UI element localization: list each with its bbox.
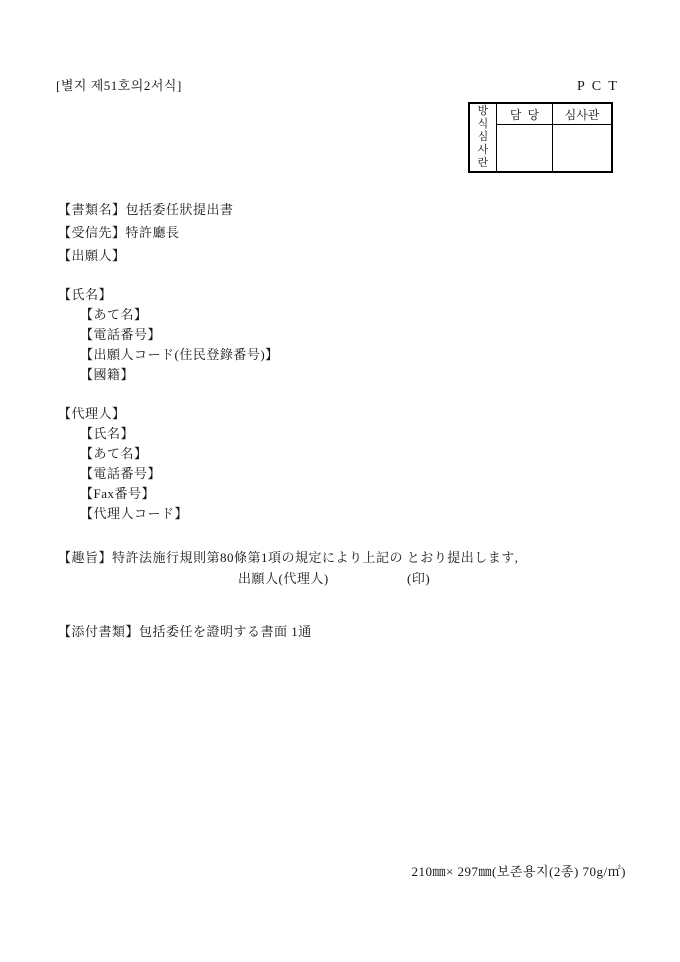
empty-cell-person-in-charge xyxy=(497,125,553,171)
vertical-label-char: 란 xyxy=(478,157,489,170)
field-agent-code: 【代理人コード】 xyxy=(80,505,188,522)
field-agent-fax: 【Fax番号】 xyxy=(80,485,155,502)
form-page: [별지 제51호의2서식] P C T 방 식 심 사 란 담 당 심사관 【書… xyxy=(0,0,680,962)
review-header-row: 담 당 심사관 xyxy=(497,104,611,125)
formality-review-vertical-label: 방 식 심 사 란 xyxy=(470,104,497,171)
form-number: [별지 제51호의2서식] xyxy=(56,77,182,94)
purpose-statement: 【趣旨】特許法施行規則第80條第1項の規定により上記の とおり提出します, xyxy=(58,549,519,566)
seal-placeholder: (印) xyxy=(407,570,430,587)
field-recipient: 【受信先】特許廳長 xyxy=(58,224,180,241)
header-cell-person-in-charge: 담 당 xyxy=(497,104,553,124)
field-nationality: 【國籍】 xyxy=(80,366,134,383)
pct-label: P C T xyxy=(577,78,619,95)
paper-spec: 210㎜× 297㎜(보존용지(2종) 70g/㎡) xyxy=(411,863,626,880)
formality-review-grid: 담 당 심사관 xyxy=(497,104,611,171)
field-address: 【あて名】 xyxy=(80,306,148,323)
vertical-label-char: 방 xyxy=(478,105,489,118)
field-name: 【氏名】 xyxy=(58,286,112,303)
field-agent: 【代理人】 xyxy=(58,405,126,422)
review-body-row xyxy=(497,125,611,171)
field-phone: 【電話番号】 xyxy=(80,326,161,343)
field-applicant: 【出願人】 xyxy=(58,247,126,264)
vertical-label-char: 식 xyxy=(478,118,489,131)
formality-review-table: 방 식 심 사 란 담 당 심사관 xyxy=(468,102,613,173)
vertical-label-char: 사 xyxy=(478,144,489,157)
field-agent-name: 【氏名】 xyxy=(80,425,134,442)
field-applicant-code: 【出願人コード(住民登錄番号)】 xyxy=(80,346,279,363)
signature-line: 出願人(代理人) xyxy=(238,570,329,587)
header-cell-examiner: 심사관 xyxy=(553,104,611,124)
field-document-name: 【書類名】包括委任狀提出書 xyxy=(58,201,234,218)
vertical-label-char: 심 xyxy=(478,131,489,144)
attachment-line: 【添付書類】包括委任を證明する書面 1通 xyxy=(58,623,312,640)
field-agent-phone: 【電話番号】 xyxy=(80,465,161,482)
empty-cell-examiner xyxy=(553,125,611,171)
field-agent-address: 【あて名】 xyxy=(80,445,148,462)
